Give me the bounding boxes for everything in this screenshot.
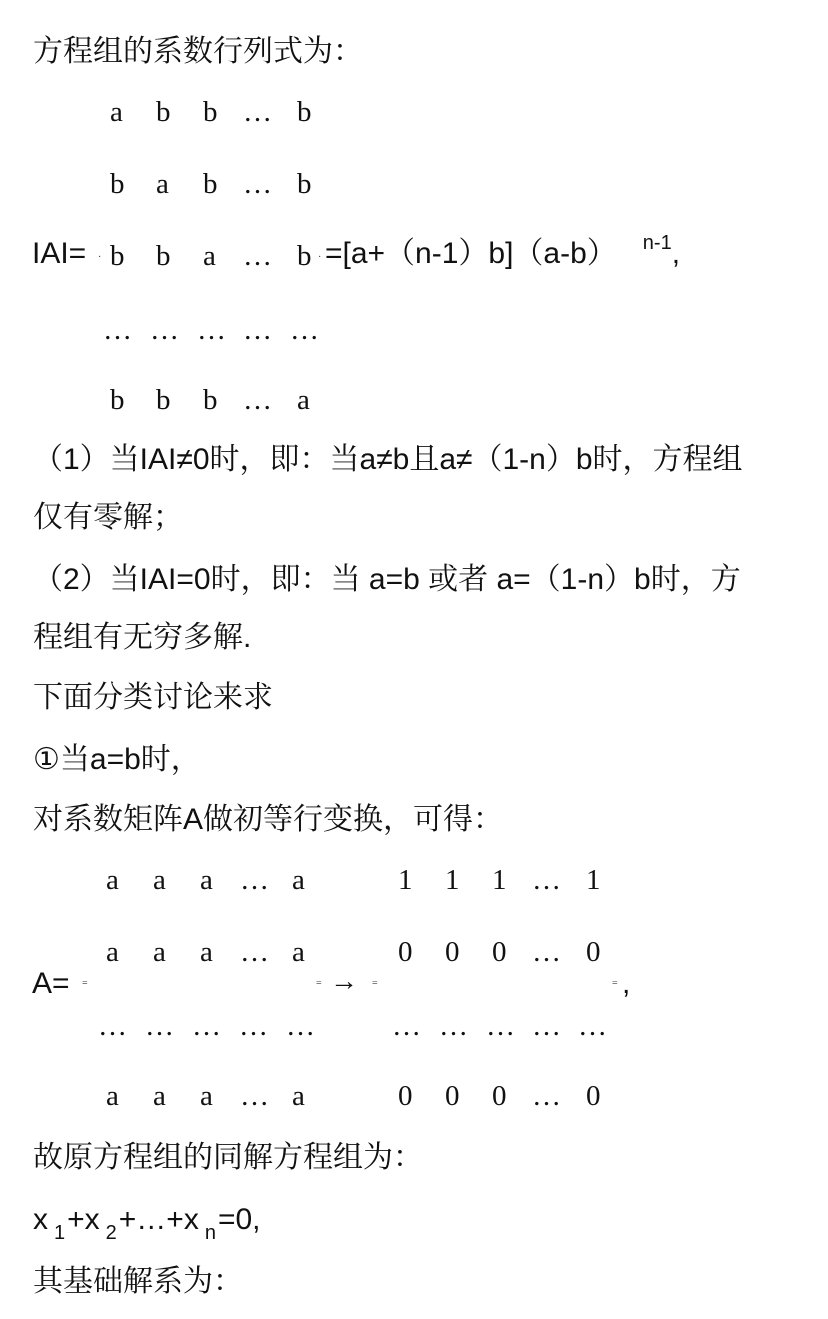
matrix-entry: … [532, 934, 561, 970]
matrix-entry: a [106, 862, 119, 898]
determinant-result-comma: , [672, 237, 680, 270]
case-2-line-2: 程组有无穷多解. [33, 618, 251, 658]
matrix-entry: … [243, 382, 272, 418]
determinant-result-exponent: n-1 [643, 232, 672, 254]
matrix-entry: a [106, 1078, 119, 1114]
matrix-entry: a [292, 934, 305, 970]
matrix-entry: 1 [398, 862, 413, 898]
matrix-entry: a [200, 1078, 213, 1114]
matrix-entry: a [200, 934, 213, 970]
matrix-entry: … [532, 1078, 561, 1114]
basis-solution-intro: 其基础解系为： [33, 1262, 243, 1302]
matrix-entry: … [486, 1008, 515, 1044]
right-matrix-right-bracket: = [612, 978, 618, 989]
matrix-entry: 1 [492, 862, 507, 898]
subscript-2: 2 [106, 1222, 117, 1244]
matrix-entry: … [240, 1078, 269, 1114]
matrix-entry: a [292, 862, 305, 898]
matrix-entry: … [532, 862, 561, 898]
determinant-result: =[a+（n-1）b]（a-b）n-1, [325, 234, 680, 277]
matrix-entry: … [439, 1008, 468, 1044]
equation-plus-x2: +x [67, 1203, 100, 1236]
equation-middle: +…+x [119, 1203, 199, 1236]
equation-tail: =0, [218, 1203, 261, 1236]
matrix-entry: … [239, 1008, 268, 1044]
matrix-entry: b [156, 382, 171, 418]
matrix-entry: … [243, 238, 272, 274]
matrix-entry: b [110, 238, 125, 274]
determinant-left-bar: · [98, 252, 101, 263]
matrix-entry: a [200, 862, 213, 898]
determinant-result-formula: =[a+（n-1）b]（a-b） [325, 237, 617, 270]
case-1-line-1: （1）当IAI≠0时，即：当a≠b且a≠（1-n）b时，方程组 [33, 440, 743, 480]
matrix-entry: 0 [398, 934, 413, 970]
matrix-entry: … [290, 312, 319, 348]
matrix-entry: b [156, 238, 171, 274]
matrix-entry: a [153, 862, 166, 898]
matrix-entry: a [153, 1078, 166, 1114]
matrix-left-bracket: = [82, 978, 88, 989]
determinant-label: IAI= [32, 234, 86, 274]
matrix-entry: … [578, 1008, 607, 1044]
matrix-entry: 1 [586, 862, 601, 898]
matrix-entry: 0 [586, 934, 601, 970]
transform-arrow-icon: → [330, 966, 358, 998]
matrix-entry: … [240, 862, 269, 898]
matrix-entry: … [392, 1008, 421, 1044]
matrix-entry: … [243, 312, 272, 348]
matrix-entry: b [203, 382, 218, 418]
matrix-entry: … [197, 312, 226, 348]
matrix-entry: a [297, 382, 310, 418]
matrix-entry: … [98, 1008, 127, 1044]
matrix-entry: a [203, 238, 216, 274]
matrix-entry: a [156, 166, 169, 202]
matrix-entry: b [110, 382, 125, 418]
equation-x1: x [33, 1203, 48, 1236]
transform-intro: 对系数矩阵A做初等行变换，可得： [33, 800, 503, 840]
discussion-heading: 下面分类讨论来求 [33, 678, 273, 718]
subscript-1: 1 [54, 1222, 65, 1244]
left-matrix-right-bracket: = [316, 978, 322, 989]
equivalent-system-intro: 故原方程组的同解方程组为： [33, 1138, 423, 1178]
matrix-entry: … [150, 312, 179, 348]
matrix-entry: b [110, 166, 125, 202]
subcase-1-heading: ①当a=b时， [33, 740, 201, 780]
matrix-entry: … [286, 1008, 315, 1044]
matrix-entry: 1 [445, 862, 460, 898]
matrix-entry: a [106, 934, 119, 970]
case-2-line-1: （2）当IAI=0时，即：当 a=b 或者 a=（1-n）b时，方 [33, 560, 741, 600]
equation-line: x1+x2+…+xn=0, [33, 1200, 261, 1243]
intro-text: 方程组的系数行列式为： [33, 32, 363, 72]
matrix-entry: b [297, 238, 312, 274]
case-1-line-2: 仅有零解； [33, 498, 183, 538]
matrix-entry: … [192, 1008, 221, 1044]
matrix-trailing-comma: , [622, 964, 630, 1004]
matrix-entry: … [243, 94, 272, 130]
matrix-entry: … [532, 1008, 561, 1044]
matrix-entry: a [292, 1078, 305, 1114]
matrix-entry: … [240, 934, 269, 970]
matrix-entry: 0 [445, 1078, 460, 1114]
matrix-label: A= [32, 964, 70, 1004]
matrix-entry: b [203, 94, 218, 130]
matrix-entry: 0 [586, 1078, 601, 1114]
matrix-entry: … [145, 1008, 174, 1044]
matrix-entry: … [103, 312, 132, 348]
matrix-entry: b [203, 166, 218, 202]
right-matrix-left-bracket: = [372, 978, 378, 989]
matrix-entry: b [297, 166, 312, 202]
matrix-entry: 0 [492, 1078, 507, 1114]
matrix-entry: 0 [398, 1078, 413, 1114]
matrix-entry: a [153, 934, 166, 970]
determinant-right-bar: · [318, 252, 321, 263]
subscript-n: n [205, 1222, 216, 1244]
matrix-entry: 0 [492, 934, 507, 970]
matrix-entry: b [297, 94, 312, 130]
matrix-entry: … [243, 166, 272, 202]
matrix-entry: 0 [445, 934, 460, 970]
matrix-entry: b [156, 94, 171, 130]
matrix-entry: a [110, 94, 123, 130]
